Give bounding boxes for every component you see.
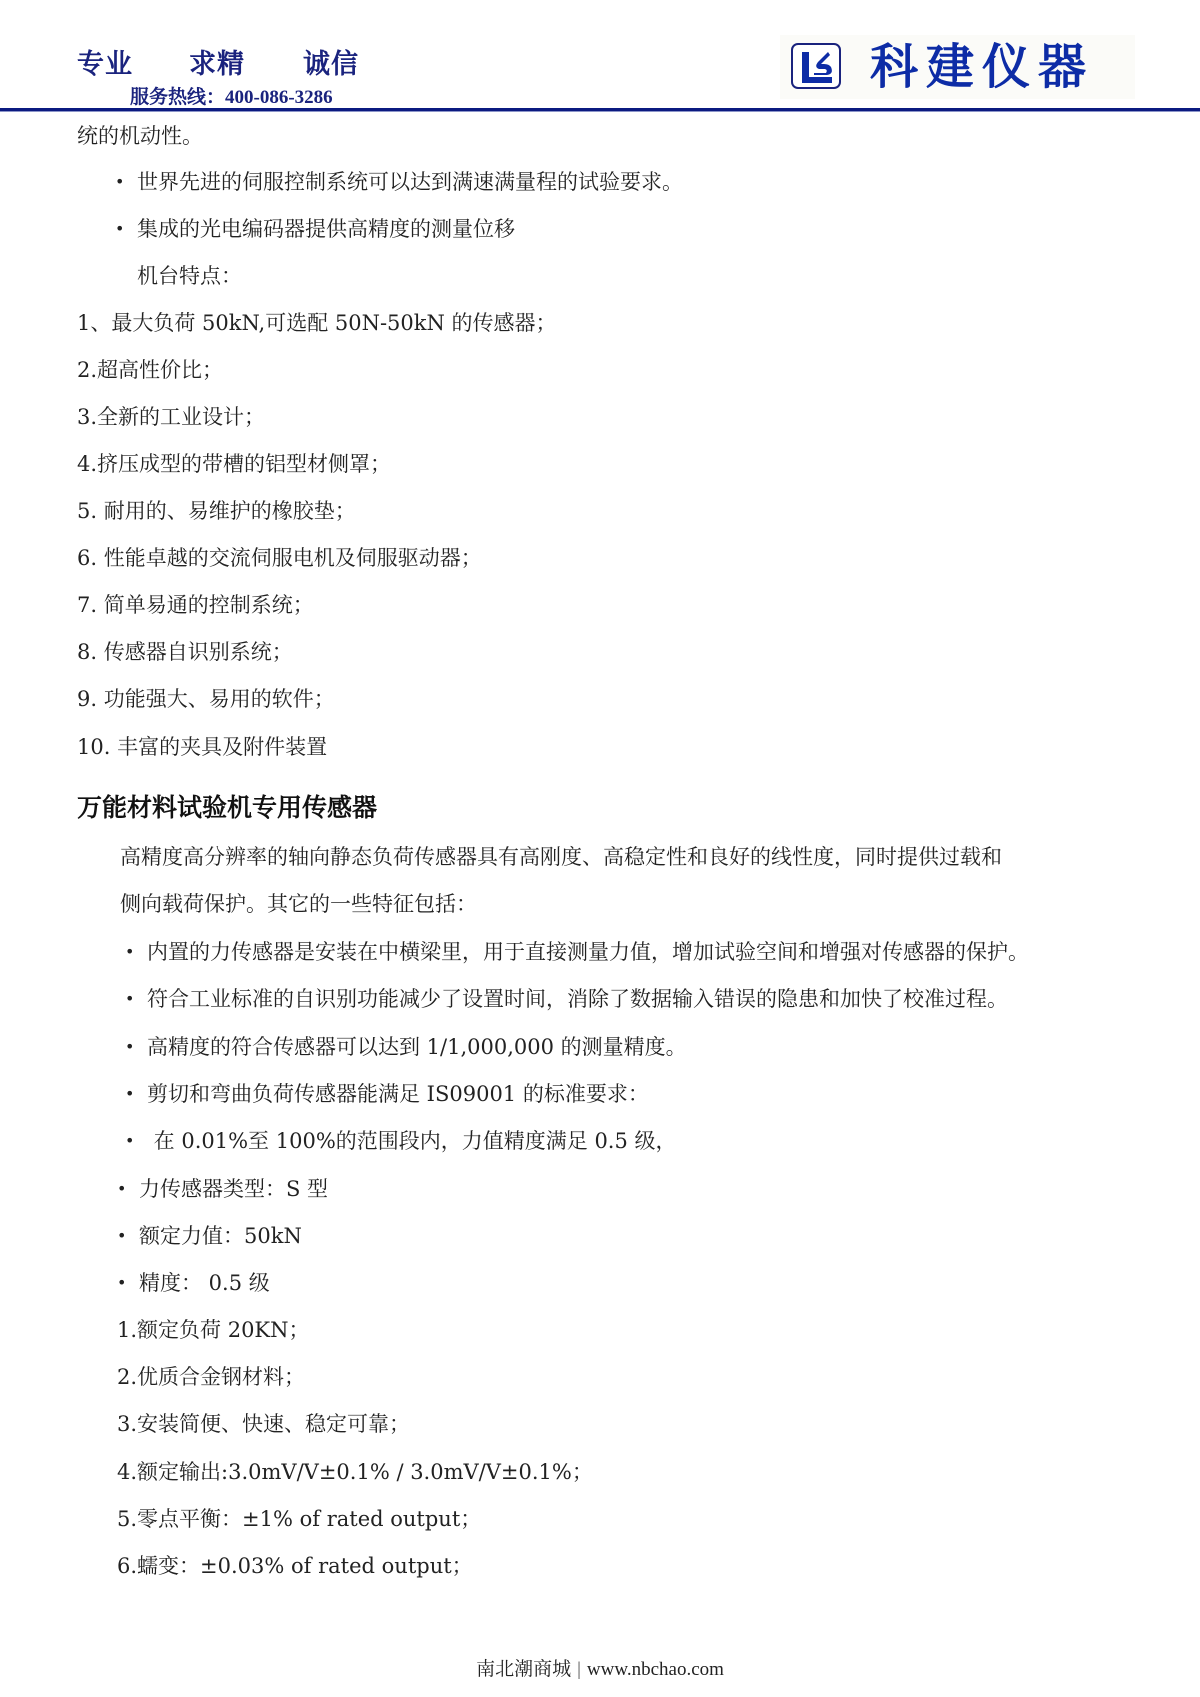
spec-item: 5.零点平衡：±1% of rated output； (117, 1505, 481, 1533)
section-paragraph-line: 侧向载荷保护。其它的一些特征包括： (120, 890, 477, 918)
paragraph-continuation: 统的机动性。 (77, 122, 203, 150)
bullet-icon: • (125, 938, 147, 966)
footer-separator: | (577, 1659, 581, 1681)
spec-item: 2.优质合金钢材料； (117, 1363, 305, 1391)
service-hotline: 服务热线：400-086-3286 (130, 82, 333, 109)
footer-url-link[interactable]: www.nbchao.com (587, 1659, 724, 1680)
spec-item: 1.额定负荷 20KN； (117, 1316, 310, 1344)
bullet-icon: • (125, 1080, 147, 1108)
intro-bullet: •集成的光电编码器提供高精度的测量位移 (115, 215, 515, 243)
spec-item: 3.安装简便、快速、稳定可靠； (117, 1410, 410, 1438)
bullet-icon: • (117, 1175, 139, 1203)
intro-bullet: •世界先进的伺服控制系统可以达到满速满量程的试验要求。 (115, 168, 683, 196)
slogan-word: 诚信 (303, 42, 359, 81)
logo-wordmark: 科建仪器 (870, 38, 1094, 96)
page-footer: 南北潮商城|www.nbchao.com (0, 1654, 1200, 1681)
footer-site-name: 南北潮商城 (476, 1659, 571, 1680)
section-paragraph-line: 高精度高分辨率的轴向静态负荷传感器具有高刚度、高稳定性和良好的线性度，同时提供过… (120, 843, 1002, 871)
company-logo: 科建仪器 (780, 35, 1135, 99)
feature-item: 1、最大负荷 50kN,可选配 50N-50kN 的传感器； (77, 309, 557, 337)
bullet-icon: • (117, 1269, 139, 1297)
features-label: 机台特点： (137, 262, 242, 290)
feature-item: 8. 传感器自识别系统； (77, 638, 293, 666)
sensor-bullet: • 在 0.01%至 100%的范围段内，力值精度满足 0.5 级， (125, 1127, 677, 1155)
slogan-word: 专业 (77, 42, 189, 81)
spec-bullet: •力传感器类型：S 型 (117, 1175, 328, 1203)
sensor-bullet: •内置的力传感器是安装在中横梁里，用于直接测量力值，增加试验空间和增强对传感器的… (125, 938, 1029, 966)
bullet-icon: • (125, 1033, 147, 1061)
feature-item: 3.全新的工业设计； (77, 403, 265, 431)
spec-item: 6.蠕变：±0.03% of rated output； (117, 1552, 473, 1580)
page-header: 专业求精诚信 服务热线：400-086-3286 科建仪器 (0, 0, 1200, 112)
bullet-icon: • (125, 985, 147, 1013)
bullet-icon: • (115, 168, 137, 196)
spec-item: 4.额定输出:3.0mV/V±0.1% / 3.0mV/V±0.1%； (117, 1458, 593, 1486)
spec-bullet: •精度： 0.5 级 (117, 1269, 270, 1297)
feature-item: 10. 丰富的夹具及附件装置 (77, 733, 327, 761)
bullet-icon: • (117, 1222, 139, 1250)
bullet-icon: • (125, 1127, 147, 1155)
bullet-icon: • (115, 215, 137, 243)
sensor-bullet: •高精度的符合传感器可以达到 1/1,000,000 的测量精度。 (125, 1033, 687, 1061)
feature-item: 9. 功能强大、易用的软件； (77, 685, 335, 713)
feature-item: 5. 耐用的、易维护的橡胶垫； (77, 497, 356, 525)
sensor-bullet: •符合工业标准的自识别功能减少了设置时间，消除了数据输入错误的隐患和加快了校准过… (125, 985, 1008, 1013)
spec-bullet: •额定力值：50kN (117, 1222, 302, 1250)
section-heading: 万能材料试验机专用传感器 (77, 788, 377, 824)
feature-item: 2.超高性价比； (77, 356, 223, 384)
ls-logo-icon (791, 43, 841, 89)
feature-item: 6. 性能卓越的交流伺服电机及伺服驱动器； (77, 544, 482, 572)
feature-item: 4.挤压成型的带槽的铝型材侧罩； (77, 450, 391, 478)
sensor-bullet: •剪切和弯曲负荷传感器能满足 IS09001 的标准要求： (125, 1080, 649, 1108)
slogan-word: 求精 (189, 42, 303, 81)
feature-item: 7. 简单易通的控制系统； (77, 591, 314, 619)
header-divider-shadow (0, 111, 1200, 112)
company-slogan: 专业求精诚信 (77, 42, 359, 81)
